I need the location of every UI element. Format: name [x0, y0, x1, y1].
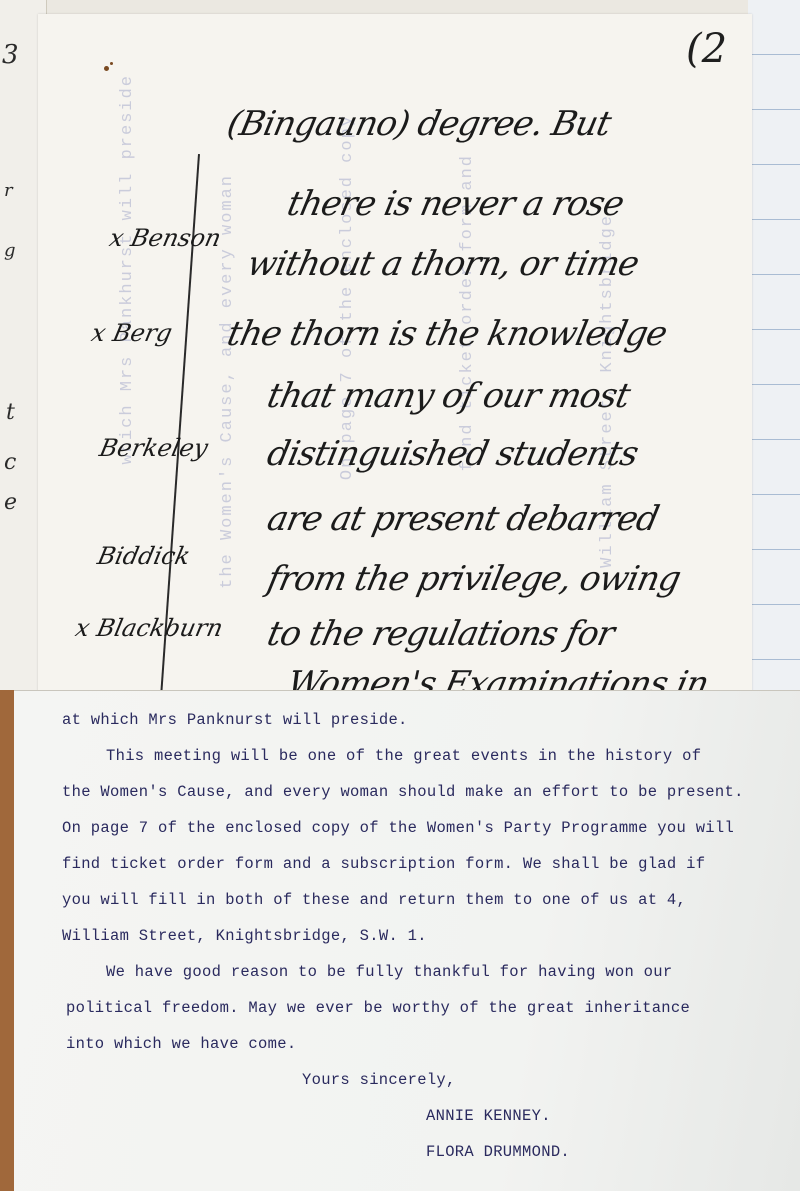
typed-line: This meeting will be one of the great ev… — [106, 747, 701, 765]
typed-line: the Women's Cause, and every woman shoul… — [62, 783, 744, 801]
handwritten-line: that many of our most — [264, 376, 633, 416]
tick-mark: x — [107, 224, 126, 252]
handwritten-line: Women's Examinations in — [284, 664, 712, 690]
handwritten-line: from the privilege, owing — [264, 559, 684, 599]
signatory: ANNIE KENNEY. — [426, 1107, 551, 1125]
typed-line: We have good reason to be fully thankful… — [106, 963, 673, 981]
ink-spot — [110, 62, 113, 65]
handwritten-line: are at present debarred — [264, 499, 662, 539]
fragment-mark: g — [4, 240, 16, 261]
handwritten-line: distinguished students — [264, 434, 642, 474]
typed-line: find ticket order form and a subscriptio… — [62, 855, 705, 873]
margin-name-entry: x Blackburn — [73, 614, 225, 642]
fragment-mark: e — [4, 490, 17, 515]
typed-line: William Street, Knightsbridge, S.W. 1. — [62, 927, 427, 945]
fragment-mark: t — [6, 400, 15, 425]
handwritten-line: there is never a rose — [284, 184, 627, 224]
typed-line: at which Mrs Panknurst will preside. — [62, 711, 408, 729]
typed-line: into which we have come. — [66, 1035, 296, 1053]
margin-name: Benson — [128, 224, 223, 252]
fragment-mark: r — [4, 180, 13, 201]
typed-line: you will fill in both of these and retur… — [62, 891, 686, 909]
handwritten-line: to the regulations for — [264, 614, 618, 654]
margin-name-entry: x Benson — [107, 224, 224, 252]
fragment-mark: c — [4, 450, 16, 475]
handwritten-line: (Bingauno) degree. But — [224, 104, 614, 144]
margin-name: Berkeley — [97, 434, 210, 462]
bleed-through-text: which Mrs Pankhurst will preside — [118, 74, 137, 464]
bleed-through-text: On page 7 of the enclosed copy — [338, 114, 357, 480]
typed-letter: at which Mrs Panknurst will preside. Thi… — [14, 690, 800, 1191]
handwritten-line: without a thorn, or time — [244, 244, 642, 284]
margin-name-entry: x Berg — [89, 319, 175, 347]
margin-name: Blackburn — [94, 614, 225, 642]
typed-line: On page 7 of the enclosed copy of the Wo… — [62, 819, 734, 837]
tick-mark: x — [73, 614, 92, 642]
handwritten-line: the thorn is the knowledge — [224, 314, 670, 354]
margin-name-entry: Biddick — [95, 542, 193, 570]
page-number: (2 — [686, 26, 727, 72]
margin-name: Biddick — [95, 542, 193, 570]
signatory: FLORA DRUMMOND. — [426, 1143, 570, 1161]
handwritten-sheet: which Mrs Pankhurst will preside the Wom… — [38, 14, 752, 690]
fragment-mark: 3 — [2, 40, 19, 70]
ink-spot — [104, 66, 109, 71]
handwritten-page-photo: 3 r g t c e which Mrs Pankhurst will pre… — [0, 0, 800, 690]
typed-line: political freedom. May we ever be worthy… — [66, 999, 690, 1017]
tick-mark: x — [89, 319, 108, 347]
margin-name: Berg — [110, 319, 175, 347]
ruled-notebook-edge — [748, 0, 800, 690]
margin-name-entry: Berkeley — [97, 434, 210, 462]
folder-edge — [0, 690, 14, 1191]
closing: Yours sincerely, — [302, 1071, 456, 1089]
